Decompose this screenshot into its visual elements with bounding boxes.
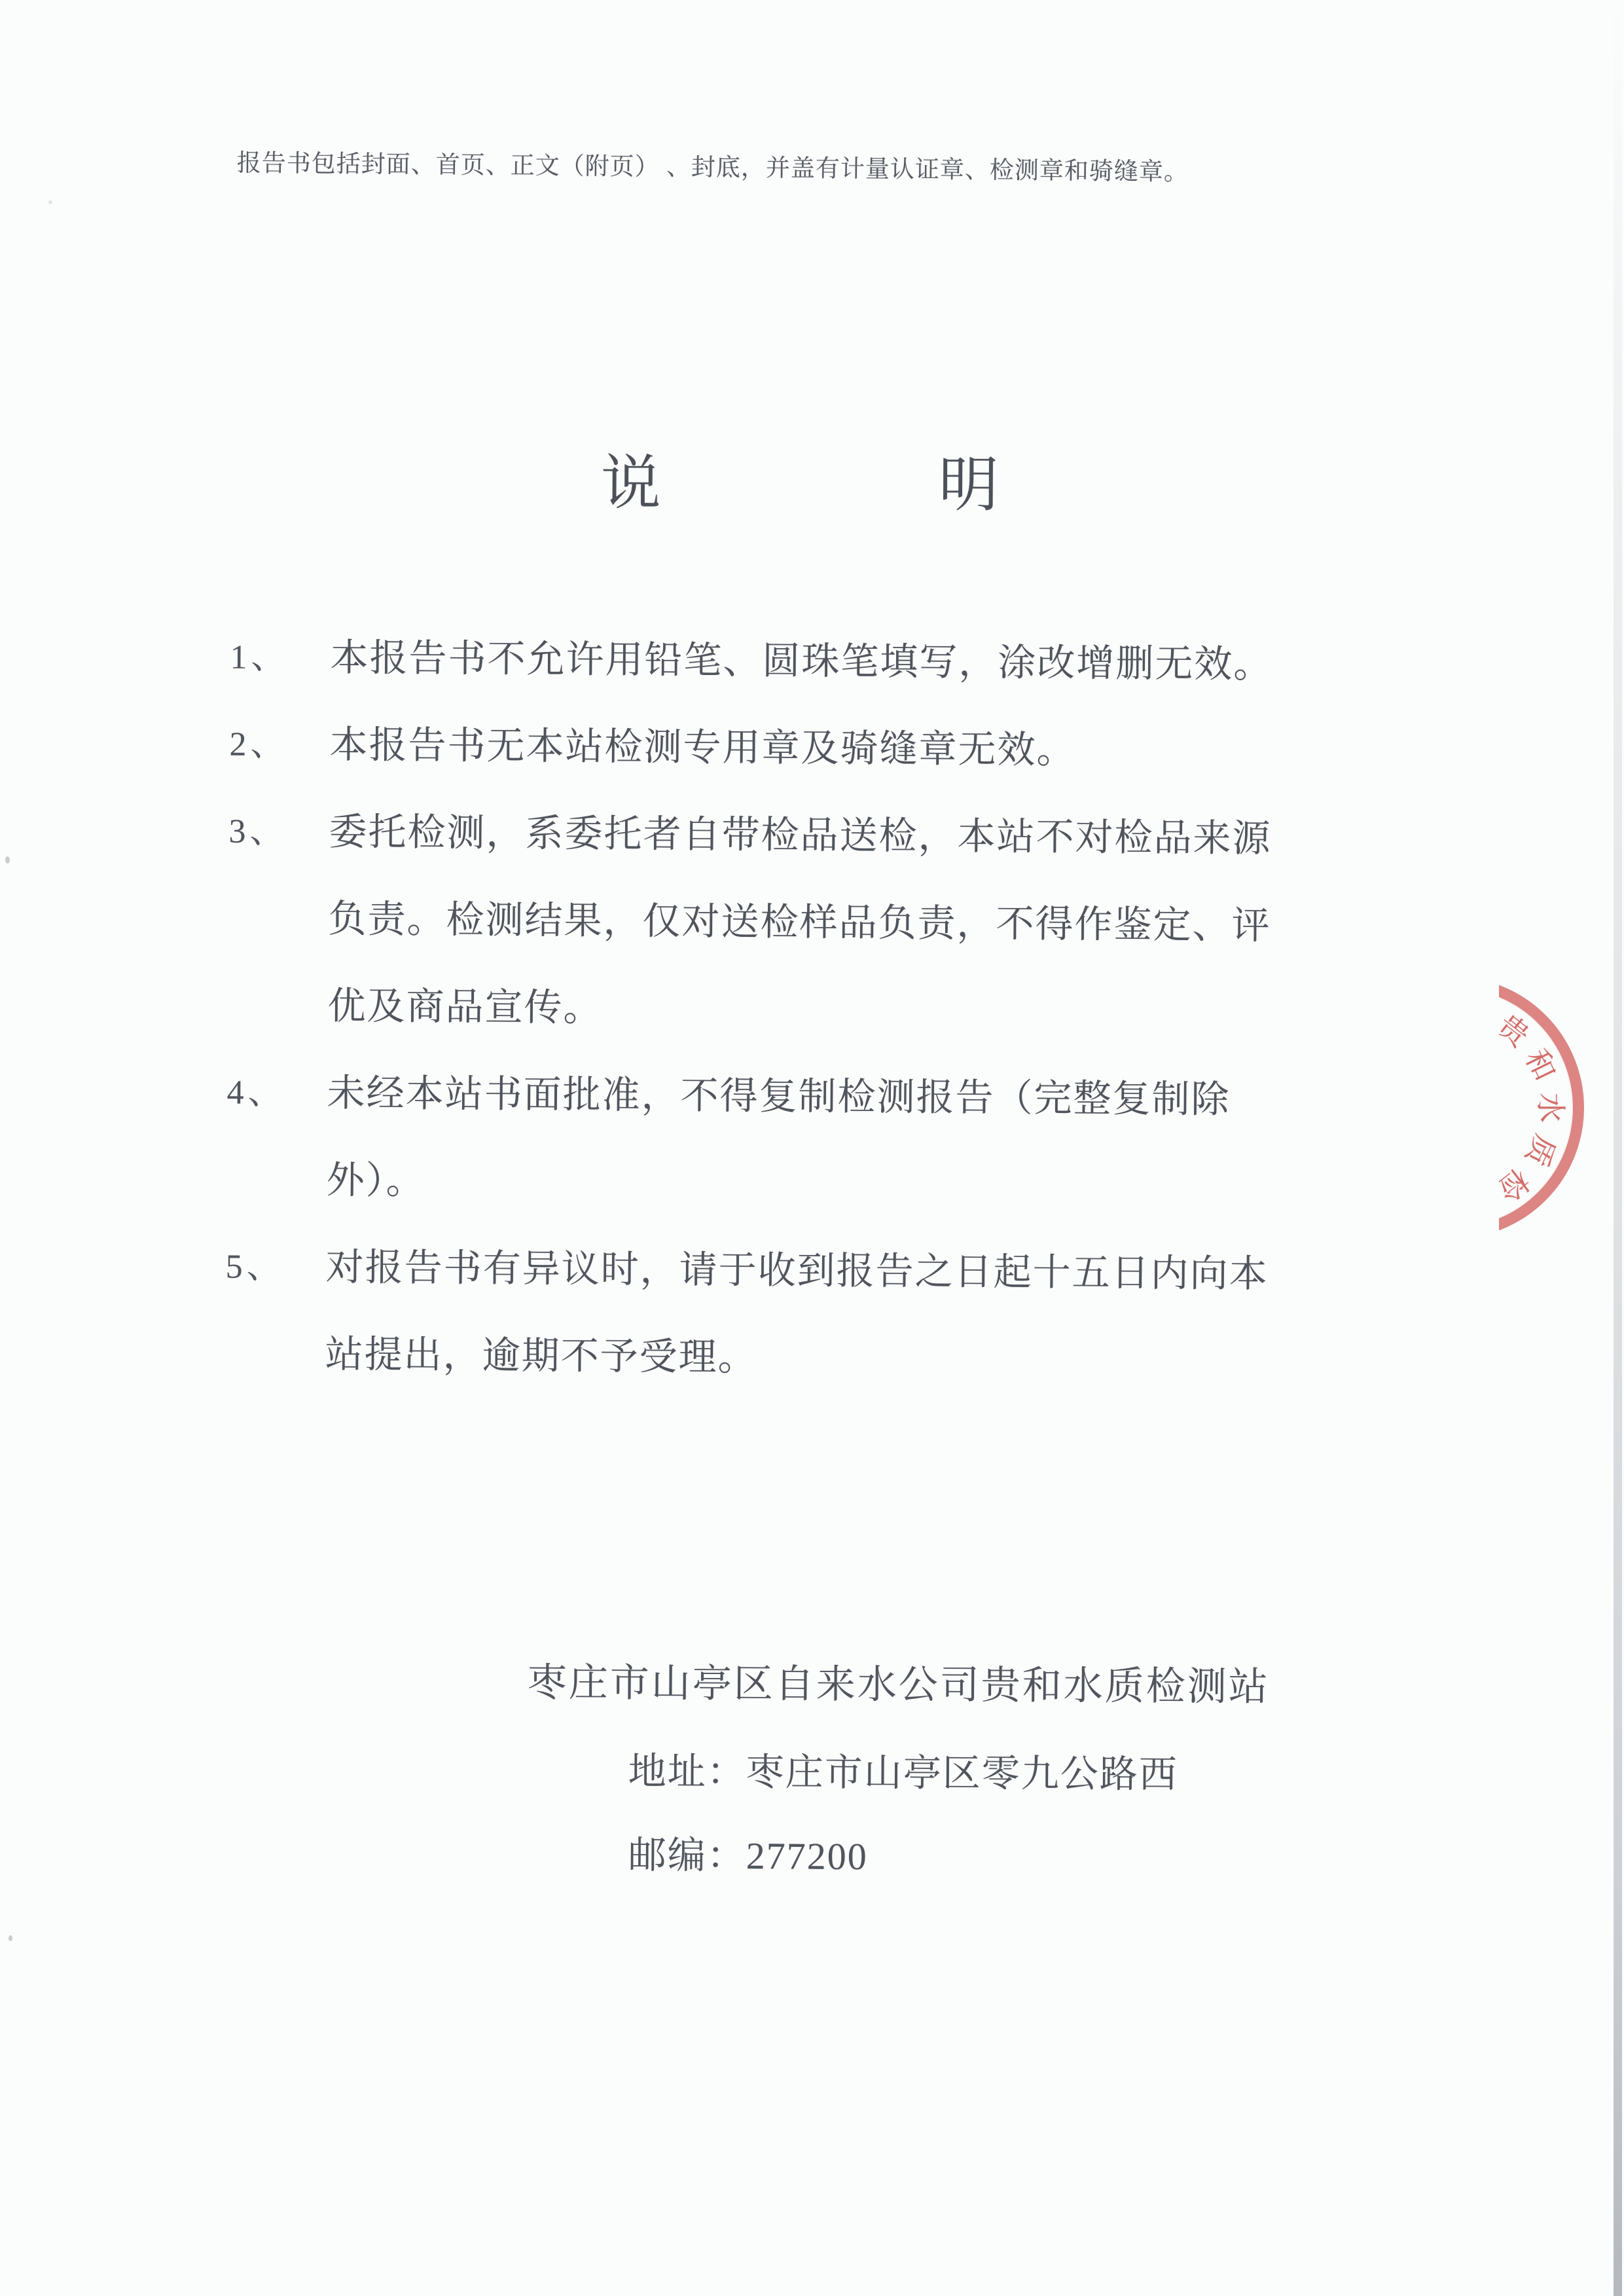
page-edge-shadow <box>1614 0 1622 2296</box>
note-text: 站提出，逾期不予受理。 <box>325 1322 757 1381</box>
note-text: 委托检测，系委托者自带检品送检，本站不对检品来源 <box>329 801 1272 863</box>
note-number: 3、 <box>228 803 288 852</box>
note-number: 4、 <box>226 1064 286 1114</box>
scanned-report-notes-page: 报告书包括封面、首页、正文（附页） 、封底，并盖有计量认证章、检测章和骑缝章。 … <box>0 0 1624 2296</box>
note-row: 2、 本报告书无本站检测专用章及骑缝章无效。 <box>0 696 1623 795</box>
note-row: 外）。 <box>0 1131 1620 1230</box>
title-char-left: 说 <box>600 450 661 516</box>
note-number: 2、 <box>229 716 289 765</box>
address-line: 地址：枣庄市山亭区零九公路西 <box>628 1740 1178 1798</box>
header-note: 报告书包括封面、首页、正文（附页） 、封底，并盖有计量认证章、检测章和骑缝章。 <box>236 143 1189 187</box>
note-row: 3、 委托检测，系委托者自带检品送检，本站不对检品来源 <box>0 783 1623 882</box>
note-text: 对报告书有异议时，请于收到报告之日起十五日内向本 <box>325 1235 1269 1298</box>
note-text: 优及商品宣传。 <box>327 975 603 1032</box>
paging-seal-stamp: 贵 和 水 质 检 <box>1499 943 1614 1277</box>
note-row: 优及商品宣传。 <box>0 957 1621 1056</box>
scan-speck <box>9 1935 12 1941</box>
note-row: 站提出，逾期不予受理。 <box>0 1305 1619 1404</box>
note-text: 本报告书无本站检测专用章及骑缝章无效。 <box>329 714 1076 774</box>
note-text: 外）。 <box>326 1148 425 1204</box>
note-row: 负责。检测结果，仅对送检样品负责，不得作鉴定、评 <box>0 870 1622 969</box>
notes-list: 1、 本报告书不允许用铅笔、圆珠笔填写，涂改增删无效。 2、 本报告书无本站检测… <box>0 609 1624 1404</box>
note-number: 5、 <box>225 1238 285 1288</box>
note-row: 4、 未经本站书面批准，不得复制检测报告（完整复制除 <box>0 1044 1621 1143</box>
note-text: 未经本站书面批准，不得复制检测报告（完整复制除 <box>327 1062 1231 1123</box>
stamp-character: 水 <box>1535 1093 1565 1123</box>
station-name: 枣庄市山亭区自来水公司贵和水质检测站 <box>527 1651 1270 1712</box>
scan-speck <box>48 200 52 204</box>
note-row: 5、 对报告书有异议时，请于收到报告之日起十五日内向本 <box>0 1218 1619 1317</box>
note-text: 负责。检测结果，仅对送检样品负责，不得作鉴定、评 <box>328 888 1271 950</box>
postcode-line: 邮编：277200 <box>628 1824 868 1880</box>
page-title: 说 明 <box>600 450 999 518</box>
note-row: 1、 本报告书不允许用铅笔、圆珠笔填写，涂改增删无效。 <box>0 609 1624 708</box>
note-text: 本报告书不允许用铅笔、圆珠笔填写，涂改增删无效。 <box>330 627 1273 689</box>
scan-speck <box>5 856 10 864</box>
note-number: 1、 <box>230 629 289 678</box>
title-char-right: 明 <box>938 452 999 518</box>
